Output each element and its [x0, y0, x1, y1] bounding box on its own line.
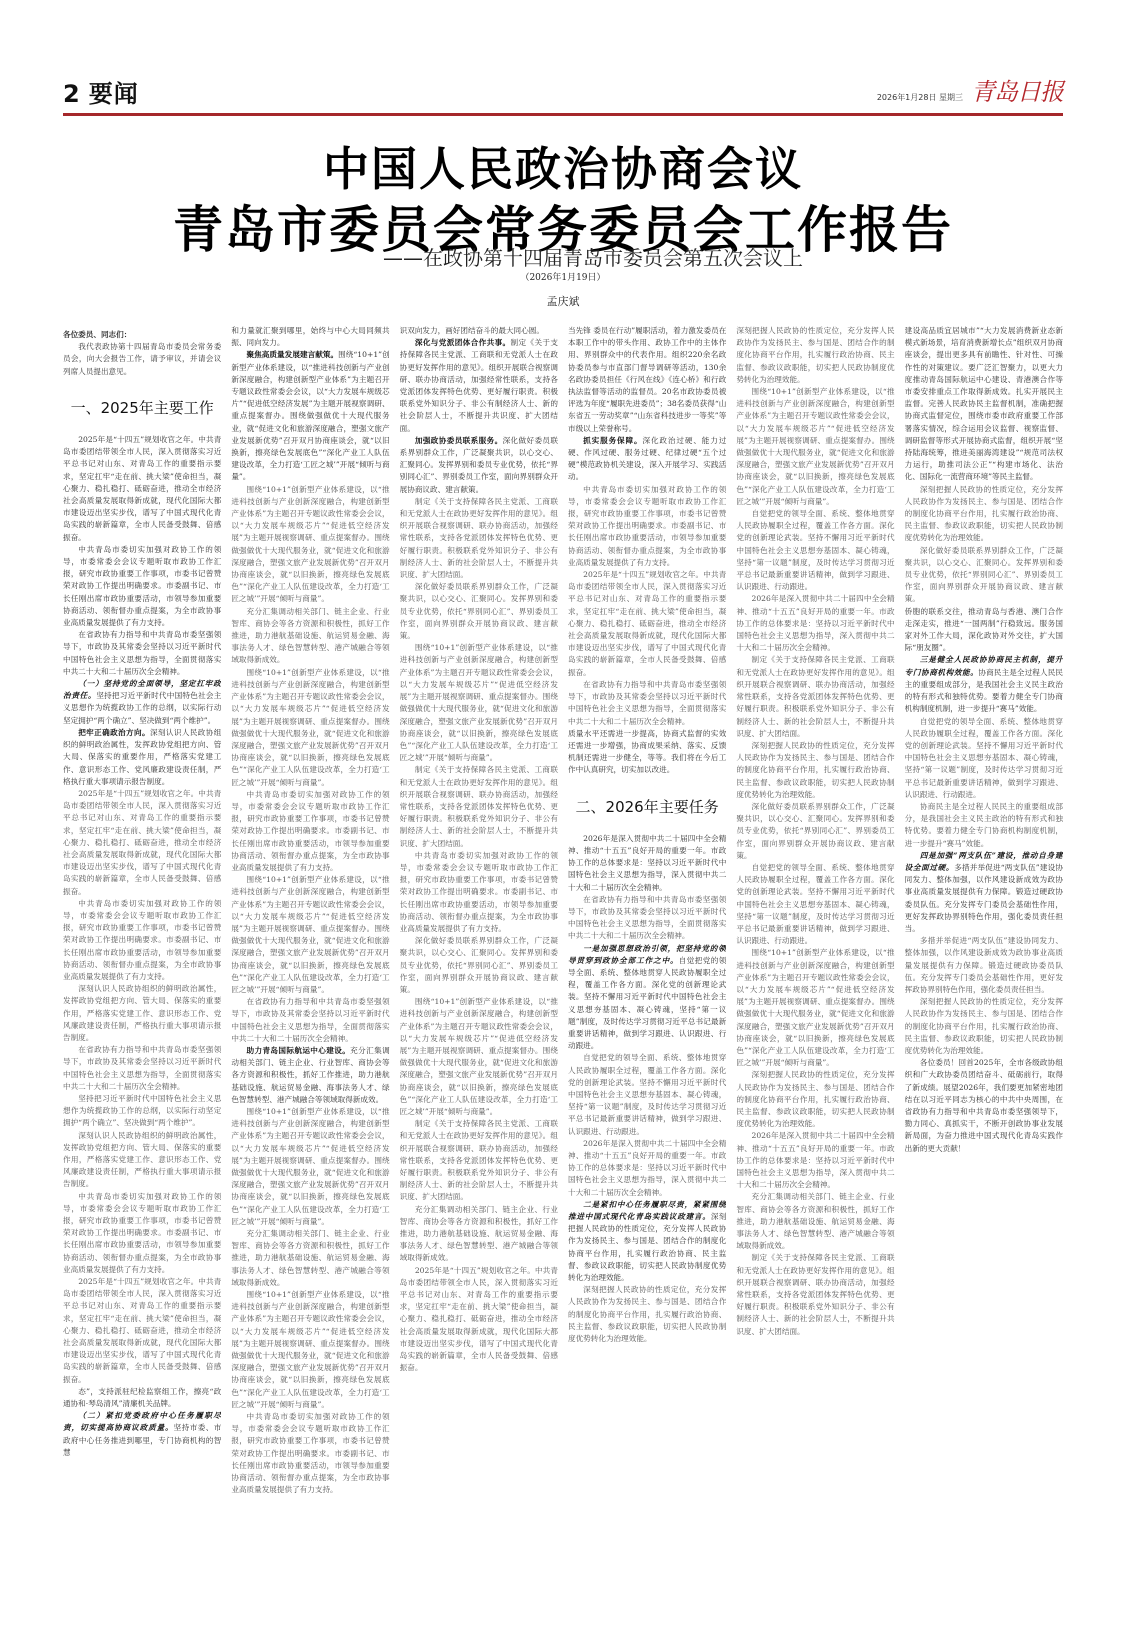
paragraph: 二是紧扣中心任务履职尽责，紧紧围绕推进中国式现代化青岛实践议政建言。深刻把握人民…	[568, 1199, 726, 1284]
paragraph: 坚持把习近平新时代中国特色社会主义思想作为统揽政协工作的总纲，以实际行动坚定拥护…	[63, 1093, 221, 1130]
author-byline: 孟庆斌	[0, 293, 1126, 309]
paragraph: 在省政协有力指导和中共青岛市委坚强领导下，市政协及其常委会坚持以习近平新时代中国…	[568, 679, 726, 728]
subheadline: ——在政协第十四届青岛市委员会第五次会议上	[0, 242, 1126, 271]
paragraph: 中共青岛市委切实加强对政协工作的领导，市委常委会会议专题听取市政协工作汇报，研究…	[400, 850, 558, 935]
paragraph: 深化做好委员联系界别群众工作，广泛凝聚共识，以心交心、汇聚同心。发挥界别和委员专…	[400, 581, 558, 642]
paragraph-lead: 加强政协委员联系服务。	[415, 436, 503, 445]
paragraph-lead: 助力青岛国际航运中心建设。	[247, 1046, 351, 1055]
column-1: 各位委员、同志们： 我代表政协第十四届青岛市委员会常务委员会，向大会报告工作，请…	[63, 325, 221, 1605]
report-date: （2026年1月19日）	[0, 270, 1126, 283]
paragraph: 在省政协有力指导和中共青岛市委坚强领导下，市政协及其常委会坚持以习近平新时代中国…	[63, 1044, 221, 1093]
paragraph: 围绕“10+1”创新型产业体系建设，以“推进科技创新与产业创新深度融合，构建创新…	[400, 642, 558, 764]
paragraph: 制定《关于支持保障各民主党派、工商联和无党派人士在政协更好发挥作用的意见》。组织…	[400, 764, 558, 849]
paragraph: 围绕“10+1”创新型产业体系建设，以“推进科技创新与产业创新深度融合，构建创新…	[736, 947, 894, 1069]
paragraph: 制定《关于支持保障各民主党派、工商联和无党派人士在政协更好发挥作用的意见》。组织…	[400, 496, 558, 581]
article-body: 各位委员、同志们： 我代表政协第十四届青岛市委员会常务委员会，向大会报告工作，请…	[63, 325, 1063, 1605]
paragraph: 中共青岛市委切实加强对政协工作的领导，市委常委会会议专题听取市政协工作汇报，研究…	[231, 1411, 389, 1496]
paragraph: 2025年是“十四五”规划收官之年。中共青岛市委团结带领全市人民，深入贯彻落实习…	[400, 1265, 558, 1375]
paragraph: 在省政协有力指导和中共青岛市委坚强领导下，市政协及其常委会坚持以习近平新时代中国…	[231, 996, 389, 1045]
paragraph: 2025年是“十四五”规划收官之年。中共青岛市委团结带领全市人民，深入贯彻落实习…	[63, 434, 221, 544]
paragraph: 围绕“10+1”创新型产业体系建设，以“推进科技创新与产业创新深度融合，构建创新…	[231, 874, 389, 996]
page-number: 2	[63, 80, 81, 108]
paragraph: 质量水平还需进一步提高，协商式监督的实效还需进一步增强，协商成果采纳、落实、反馈…	[568, 728, 726, 777]
paragraph: 深刻把握人民政协的性质定位，充分发挥人民政协作为发扬民主、参与国是、团结合作的制…	[736, 740, 894, 801]
paragraph: （二）紧扣党委政府中心任务履职尽责，切实提高协商议政质量。坚持市委、市政府中心任…	[63, 1410, 221, 1459]
column-4: 当先锋 委员在行动”履职活动，着力激发委员在本职工作中的带头作用、政协工作中的主…	[568, 325, 726, 1605]
issue-date: 2026年1月28日 星期三	[877, 92, 963, 103]
paragraph-lead: 抓实服务保障。	[583, 436, 642, 445]
paragraph: 识双向发力，画好团结奋斗的最大同心圆。	[400, 325, 558, 337]
paragraph: 围绕“10+1”创新型产业体系建设，以“推进科技创新与产业创新深度融合，构建创新…	[736, 386, 894, 508]
paragraph: 深刻把握人民政协的性质定位，充分发挥人民政协作为发扬民主、参与国是、团结合作的制…	[905, 484, 1063, 545]
paragraph: 深化与党派团体合作共事。制定《关于支持保障各民主党派、工商联和无党派人士在政协更…	[400, 337, 558, 435]
paragraph: 中共青岛市委切实加强对政协工作的领导，市委常委会会议专题听取市政协工作汇报，研究…	[231, 789, 389, 874]
closing-paragraph: 各位委员！回首2025年，全市各级政协组织和广大政协委员团结奋斗、砥砺前行，取得…	[905, 1057, 1063, 1155]
paragraph: 把牢正确政治方向。深刻认识人民政协组织的鲜明政治属性，发挥政协党组把方向、管大局…	[63, 727, 221, 788]
paragraph: （一）坚持党的全面领导，坚定扛牢政治责任。坚持把习近平新时代中国特色社会主义思想…	[63, 678, 221, 727]
paragraph: 2026年是深入贯彻中共二十届四中全会精神、推动“十五五”良好开局的重要一年。市…	[568, 833, 726, 894]
newspaper-logo: 青岛日报	[971, 72, 1063, 107]
paragraph: 态”，支持派驻纪检监察组工作，擦亮“政通协和·琴岛清风”清廉机关品牌。	[63, 1386, 221, 1410]
paragraph: 深化做好委员联系界别群众工作，广泛凝聚共识，以心交心、汇聚同心。发挥界别和委员专…	[905, 545, 1063, 606]
paragraph: 制定《关于支持保障各民主党派、工商联和无党派人士在政协更好发挥作用的意见》。组织…	[400, 1118, 558, 1203]
paragraph: 2025年是“十四五”规划收官之年。中共青岛市委团结带领全市人民，深入贯彻落实习…	[63, 788, 221, 898]
paragraph-lead: 把牢正确政治方向。	[78, 728, 150, 737]
paragraph: 深刻把握人民政协的性质定位，充分发挥人民政协作为发扬民主、参与国是、团结合作的制…	[736, 325, 894, 386]
paragraph-lead: 聚焦高质量发展建言献策。	[247, 350, 339, 359]
column-3: 识双向发力，画好团结奋斗的最大同心圆。 深化与党派团体合作共事。制定《关于支持保…	[400, 325, 558, 1605]
paragraph: 聚焦高质量发展建言献策。围绕“10+1”创新型产业体系建设，以“推进科技创新与产…	[231, 349, 389, 483]
paragraph: 充分汇集调动相关部门、链主企业、行业智库、商协会等各方资源和积极性，抓好工作推进…	[231, 606, 389, 667]
paragraph: 中共青岛市委切实加强对政协工作的领导，市委常委会会议专题听取市政协工作汇报，研究…	[568, 484, 726, 569]
paragraph: 和力量就汇聚到哪里，始终与中心大局同频共振、同向发力。	[231, 325, 389, 349]
page-section-label: 2要闻	[63, 74, 139, 109]
paragraph: 助力青岛国际航运中心建设。充分汇集调动相关部门、链主企业、行业智库、商协会等各方…	[231, 1045, 389, 1106]
paragraph: 当先锋 委员在行动”履职活动，着力激发委员在本职工作中的带头作用、政协工作中的主…	[568, 325, 726, 435]
paragraph: 充分汇集调动相关部门、链主企业、行业智库、商协会等各方资源和积极性，抓好工作推进…	[231, 1228, 389, 1289]
section-2-heading: 二、2026年主要任务	[568, 801, 726, 813]
paragraph: 建设高品质宜居城市”“大力发展消费新业态新模式新场景，培育消费新增长点”组织双月…	[905, 325, 1063, 484]
masthead-rule	[63, 113, 1063, 116]
paragraph: 抓实服务保障。深化政治过硬、能力过硬、作风过硬、服务过硬、纪律过硬“五个过硬”模…	[568, 435, 726, 484]
paragraph: 深刻把握人民政协的性质定位，充分发挥人民政协作为发扬民主、参与国是、团结合作的制…	[568, 1284, 726, 1345]
paragraph: 深化做好委员联系界别群众工作，广泛凝聚共识，以心交心、汇聚同心。发挥界别和委员专…	[400, 935, 558, 996]
paragraph: 中共青岛市委切实加强对政协工作的领导，市委常委会会议专题听取市政协工作汇报，研究…	[63, 544, 221, 629]
paragraph: 中共青岛市委切实加强对政协工作的领导，市委常委会会议专题听取市政协工作汇报，研究…	[63, 898, 221, 983]
paragraph: 深刻认识人民政协组织的鲜明政治属性，发挥政协党组把方向、管大局、保落实的重要作用…	[63, 983, 221, 1044]
paragraph: 围绕“10+1”创新型产业体系建设，以“推进科技创新与产业创新深度融合，构建创新…	[400, 996, 558, 1118]
paragraph: 在省政协有力指导和中共青岛市委坚强领导下，市政协及其常委会坚持以习近平新时代中国…	[63, 629, 221, 678]
paragraph: 三是健全人民政协协商民主机制，提升专门协商机构效能。协商民主是全过程人民民主的重…	[905, 654, 1063, 715]
paragraph: 自觉把党的领导全面、系统、整体地贯穿人民政协履职全过程，覆盖工作各方面。深化党的…	[736, 508, 894, 593]
paragraph: 围绕“10+1”创新型产业体系建设，以“推进科技创新与产业创新深度融合，构建创新…	[231, 1289, 389, 1411]
paragraph: 多措并举促进“两支队伍”建设协同发力、整体加强，以作风建设新成效为政协事业高质量…	[905, 935, 1063, 996]
paragraph: 在省政协有力指导和中共青岛市委坚强领导下，市政协及其常委会坚持以习近平新时代中国…	[568, 894, 726, 943]
column-6: 建设高品质宜居城市”“大力发展消费新业态新模式新场景，培育消费新增长点”组织双月…	[905, 325, 1063, 1605]
paragraph: 自觉把党的领导全面、系统、整体地贯穿人民政协履职全过程，覆盖工作各方面。深化党的…	[568, 1052, 726, 1137]
paragraph: 制定《关于支持保障各民主党派、工商联和无党派人士在政协更好发挥作用的意见》。组织…	[736, 1252, 894, 1337]
salutation: 各位委员、同志们：	[63, 329, 221, 341]
paragraph: 围绕“10+1”创新型产业体系建设，以“推进科技创新与产业创新深度融合，构建创新…	[231, 484, 389, 606]
task-heading: 二是紧扣中心任务履职尽责，紧紧围绕推进中国式现代化青岛实践议政建言。	[568, 1200, 726, 1221]
column-2: 和力量就汇聚到哪里，始终与中心大局同频共振、同向发力。 聚焦高质量发展建言献策。…	[231, 325, 389, 1605]
paragraph: 2026年是深入贯彻中共二十届四中全会精神、推动“十五五”良好开局的重要一年。市…	[736, 593, 894, 654]
paragraph-lead: 深化与党派团体合作共事。	[415, 338, 511, 347]
paragraph: 加强政协委员联系服务。深化做好委员联系界别群众工作，广泛凝聚共识，以心交心、汇聚…	[400, 435, 558, 496]
paragraph: 自觉把党的领导全面、系统、整体地贯穿人民政协履职全过程，覆盖工作各方面。深化党的…	[905, 716, 1063, 801]
paragraph: 一是加强思想政治引领，把坚持党的领导贯穿到政协全部工作之中。自觉把党的领导全面、…	[568, 943, 726, 1053]
masthead: 2要闻 2026年1月28日 星期三 青岛日报	[63, 72, 1063, 114]
paragraph: 2026年是深入贯彻中共二十届四中全会精神、推动“十五五”良好开局的重要一年。市…	[568, 1138, 726, 1199]
section-1-heading: 一、2025年主要工作	[63, 402, 221, 414]
paragraph: 围绕“10+1”创新型产业体系建设，以“推进科技创新与产业创新深度融合，构建创新…	[231, 1106, 389, 1228]
paragraph: 中共青岛市委切实加强对政协工作的领导，市委常委会会议专题听取市政协工作汇报，研究…	[63, 1191, 221, 1276]
paragraph: 自觉把党的领导全面、系统、整体地贯穿人民政协履职全过程，覆盖工作各方面。深化党的…	[736, 862, 894, 947]
paragraph: 深刻认识人民政协组织的鲜明政治属性，发挥政协党组把方向、管大局、保落实的重要作用…	[63, 1130, 221, 1191]
paragraph: 充分汇集调动相关部门、链主企业、行业智库、商协会等各方资源和积极性，抓好工作推进…	[736, 1191, 894, 1252]
paragraph: 充分汇集调动相关部门、链主企业、行业智库、商协会等各方资源和积极性，抓好工作推进…	[400, 1204, 558, 1265]
paragraph: 2025年是“十四五”规划收官之年。中共青岛市委团结带领全市人民，深入贯彻落实习…	[63, 1276, 221, 1386]
section-name: 要闻	[89, 80, 139, 108]
paragraph: 2026年是深入贯彻中共二十届四中全会精神、推动“十五五”良好开局的重要一年。市…	[736, 1130, 894, 1191]
paragraph: 制定《关于支持保障各民主党派、工商联和无党派人士在政协更好发挥作用的意见》。组织…	[736, 654, 894, 739]
paragraph: 2025年是“十四五”规划收官之年。中共青岛市委团结带领全市人民，深入贯彻落实习…	[568, 569, 726, 679]
opening-paragraph: 我代表政协第十四届青岛市委员会常务委员会，向大会报告工作，请予审议，并请会议列席…	[63, 341, 221, 378]
paragraph: 围绕“10+1”创新型产业体系建设，以“推进科技创新与产业创新深度融合，构建创新…	[231, 667, 389, 789]
paragraph: 协商民主是全过程人民民主的重要组成部分，是我国社会主义民主政治的特有形式和独特优…	[905, 801, 1063, 850]
paragraph: 深刻把握人民政协的性质定位，充分发挥人民政协作为发扬民主、参与国是、团结合作的制…	[736, 1069, 894, 1130]
column-5: 深刻把握人民政协的性质定位，充分发挥人民政协作为发扬民主、参与国是、团结合作的制…	[736, 325, 894, 1605]
paragraph: 深刻把握人民政协的性质定位，充分发挥人民政协作为发扬民主、参与国是、团结合作的制…	[905, 996, 1063, 1057]
paragraph: 侨胞的联系交往，推动青岛与香港、澳门合作走深走实，推进“一国两制”行稳致远。服务…	[905, 606, 1063, 655]
paragraph: 四是加强“两支队伍”建设，推动自身建设全面过硬。多措并举促进“两支队伍”建设协同…	[905, 850, 1063, 935]
paragraph: 深化做好委员联系界别群众工作，广泛凝聚共识，以心交心、汇聚同心。发挥界别和委员专…	[736, 801, 894, 862]
